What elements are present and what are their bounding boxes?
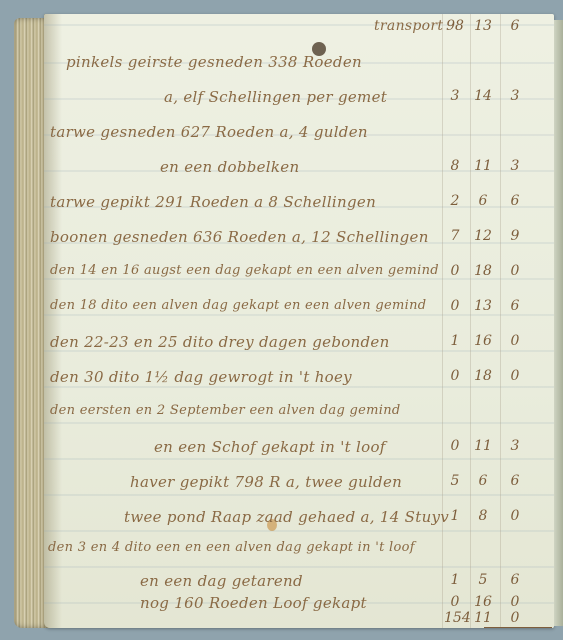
entry-text: den 22-23 en 25 dito drey dagen gebonden <box>50 333 390 351</box>
entry-text: en een Schof gekapt in 't loof <box>154 438 386 456</box>
entry-text: twee pond Raap zaad gehaed a, 14 Stuyv <box>124 508 449 526</box>
stuivers: 11 <box>472 438 494 454</box>
entry-text: den 30 dito 1½ dag gewrogt in 't hoey <box>50 368 352 386</box>
penningen: 0 <box>504 368 526 384</box>
entry-text: a, elf Schellingen per gemet <box>164 88 387 106</box>
penningen: 6 <box>504 572 526 588</box>
entry-text: tarwe gepikt 291 Roeden a 8 Schellingen <box>50 193 376 211</box>
guilders: 0 <box>444 368 466 384</box>
ledger-page: transport 98 13 6 pinkels geirste gesned… <box>44 14 554 628</box>
guilders: 1 <box>444 508 466 524</box>
stuivers: 11 <box>472 158 494 174</box>
penningen: 0 <box>504 263 526 279</box>
carried-forward-row: transport 98 13 6 <box>44 18 554 48</box>
ledger-row: pinkels geirste gesneden 338 Roeden <box>44 53 554 83</box>
stuivers: 13 <box>472 298 494 314</box>
stuivers: 14 <box>472 88 494 104</box>
guilders: 0 <box>444 263 466 279</box>
guilders: 3 <box>444 88 466 104</box>
total-penningen: 0 <box>504 610 526 626</box>
total-row: 154 11 0 <box>44 610 554 640</box>
ledger-row: en een Schof gekapt in 't loof 0 11 3 <box>44 438 554 468</box>
entry-text: den 18 dito een alven dag gekapt en een … <box>50 298 426 313</box>
penningen: 6 <box>504 18 526 34</box>
entry-text: den 3 en 4 dito een en een alven dag gek… <box>48 540 415 555</box>
ledger-row: boonen gesneden 636 Roeden a, 12 Schelli… <box>44 228 554 258</box>
guilders: 5 <box>444 473 466 489</box>
guilders: 8 <box>444 158 466 174</box>
ledger-row: en een dobbelken 8 11 3 <box>44 158 554 188</box>
ledger-row: den 14 en 16 augst een dag gekapt en een… <box>44 263 554 293</box>
stuivers: 6 <box>472 473 494 489</box>
entry-text: den 14 en 16 augst een dag gekapt en een… <box>50 263 439 278</box>
ledger-row: den eersten en 2 September een alven dag… <box>44 403 554 433</box>
entry-text: den eersten en 2 September een alven dag… <box>50 403 401 418</box>
stuivers: 8 <box>472 508 494 524</box>
penningen: 0 <box>504 508 526 524</box>
ledger-row: den 3 en 4 dito een en een alven dag gek… <box>44 540 554 570</box>
stuivers: 16 <box>472 594 494 610</box>
total-stuivers: 11 <box>472 610 494 626</box>
stuivers: 18 <box>472 368 494 384</box>
penningen: 6 <box>504 298 526 314</box>
stuivers: 13 <box>472 18 494 34</box>
stuivers: 6 <box>472 193 494 209</box>
ledger-row: den 18 dito een alven dag gekapt en een … <box>44 298 554 328</box>
ledger-row: twee pond Raap zaad gehaed a, 14 Stuyv 1… <box>44 508 554 538</box>
guilders: 2 <box>444 193 466 209</box>
page-edge <box>554 20 563 626</box>
guilders: 1 <box>444 333 466 349</box>
penningen: 3 <box>504 158 526 174</box>
penningen: 3 <box>504 88 526 104</box>
entry-text: en een dag getarend <box>140 572 303 590</box>
entry-text: pinkels geirste gesneden 338 Roeden <box>66 53 362 71</box>
stuivers: 16 <box>472 333 494 349</box>
ledger-row: haver gepikt 798 R a, twee gulden 5 6 6 <box>44 473 554 503</box>
stuivers: 12 <box>472 228 494 244</box>
penningen: 9 <box>504 228 526 244</box>
total-guilders: 154 <box>444 610 466 626</box>
penningen: 0 <box>504 333 526 349</box>
ledger-row: tarwe gepikt 291 Roeden a 8 Schellingen … <box>44 193 554 223</box>
transport-label: transport <box>374 18 443 34</box>
entry-text: haver gepikt 798 R a, twee gulden <box>130 473 402 491</box>
ledger-row: tarwe gesneden 627 Roeden a, 4 gulden <box>44 123 554 153</box>
entry-text: boonen gesneden 636 Roeden a, 12 Schelli… <box>50 228 429 246</box>
guilders: 98 <box>444 18 466 34</box>
ledger-row: a, elf Schellingen per gemet 3 14 3 <box>44 88 554 118</box>
penningen: 6 <box>504 473 526 489</box>
entry-text: en een dobbelken <box>160 158 299 176</box>
penningen: 3 <box>504 438 526 454</box>
stuivers: 18 <box>472 263 494 279</box>
guilders: 0 <box>444 594 466 610</box>
guilders: 7 <box>444 228 466 244</box>
ledger-row: den 30 dito 1½ dag gewrogt in 't hoey 0 … <box>44 368 554 398</box>
penningen: 0 <box>504 594 526 610</box>
ledger-row: den 22-23 en 25 dito drey dagen gebonden… <box>44 333 554 363</box>
stuivers: 5 <box>472 572 494 588</box>
guilders: 0 <box>444 438 466 454</box>
guilders: 1 <box>444 572 466 588</box>
entry-text: tarwe gesneden 627 Roeden a, 4 gulden <box>50 123 368 141</box>
penningen: 6 <box>504 193 526 209</box>
guilders: 0 <box>444 298 466 314</box>
